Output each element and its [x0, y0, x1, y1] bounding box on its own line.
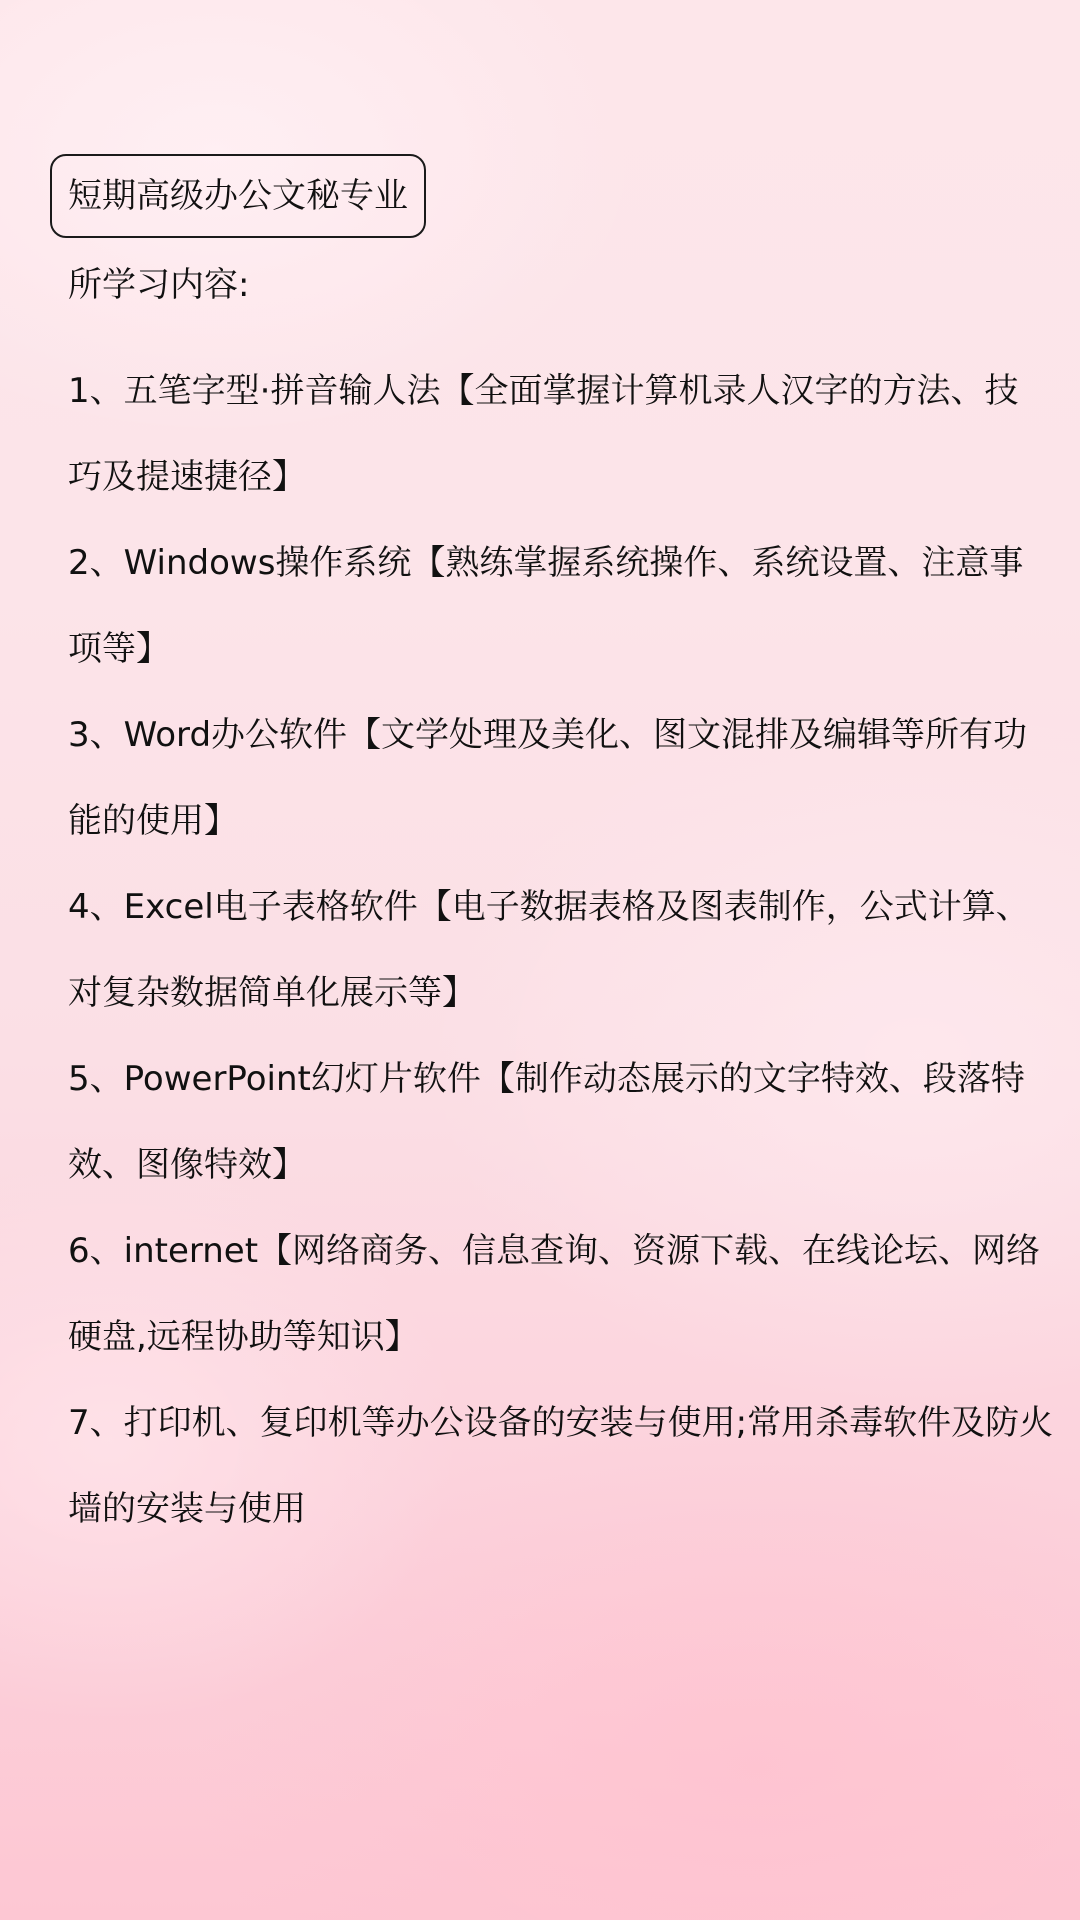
list-item: 3、Word办公软件【文学处理及美化、图文混排及编辑等所有功 能的使用】 — [68, 692, 1028, 864]
list-item: 2、Windows操作系统【熟练掌握系统操作、系统设置、注意事 项等】 — [68, 520, 1028, 692]
list-item-line: 6、internet【网络商务、信息查询、资源下载、在线论坛、网络 — [68, 1208, 1028, 1294]
list-item-line: 3、Word办公软件【文学处理及美化、图文混排及编辑等所有功 — [68, 692, 1028, 778]
course-list: 1、五笔字型·拼音输人法【全面掌握计算机录人汉字的方法、技 巧及提速捷径】 2、… — [68, 348, 1028, 1552]
document-title: 短期高级办公文秘专业 — [68, 179, 408, 213]
list-item: 7、打印机、复印机等办公设备的安装与使用;常用杀毒软件及防火 墙的安装与使用 — [68, 1380, 1028, 1552]
document-page: 短期高级办公文秘专业 所学习内容: 1、五笔字型·拼音输人法【全面掌握计算机录人… — [0, 0, 1080, 1920]
list-item-line: 墙的安装与使用 — [68, 1466, 1028, 1552]
list-item: 5、PowerPoint幻灯片软件【制作动态展示的文字特效、段落特 效、图像特效… — [68, 1036, 1028, 1208]
list-item-line: 4、Excel电子表格软件【电子数据表格及图表制作，公式计算、 — [68, 864, 1028, 950]
intro-label: 所学习内容: — [68, 268, 249, 302]
list-item-line: 5、PowerPoint幻灯片软件【制作动态展示的文字特效、段落特 — [68, 1036, 1028, 1122]
list-item-line: 能的使用】 — [68, 778, 1028, 864]
list-item: 4、Excel电子表格软件【电子数据表格及图表制作，公式计算、 对复杂数据简单化… — [68, 864, 1028, 1036]
title-box: 短期高级办公文秘专业 — [50, 154, 426, 238]
list-item: 1、五笔字型·拼音输人法【全面掌握计算机录人汉字的方法、技 巧及提速捷径】 — [68, 348, 1028, 520]
list-item-line: 对复杂数据简单化展示等】 — [68, 950, 1028, 1036]
list-item-line: 7、打印机、复印机等办公设备的安装与使用;常用杀毒软件及防火 — [68, 1380, 1028, 1466]
list-item-line: 巧及提速捷径】 — [68, 434, 1028, 520]
list-item-line: 效、图像特效】 — [68, 1122, 1028, 1208]
list-item-line: 2、Windows操作系统【熟练掌握系统操作、系统设置、注意事 — [68, 520, 1028, 606]
list-item: 6、internet【网络商务、信息查询、资源下载、在线论坛、网络 硬盘,远程协… — [68, 1208, 1028, 1380]
list-item-line: 硬盘,远程协助等知识】 — [68, 1294, 1028, 1380]
list-item-line: 项等】 — [68, 606, 1028, 692]
list-item-line: 1、五笔字型·拼音输人法【全面掌握计算机录人汉字的方法、技 — [68, 348, 1028, 434]
